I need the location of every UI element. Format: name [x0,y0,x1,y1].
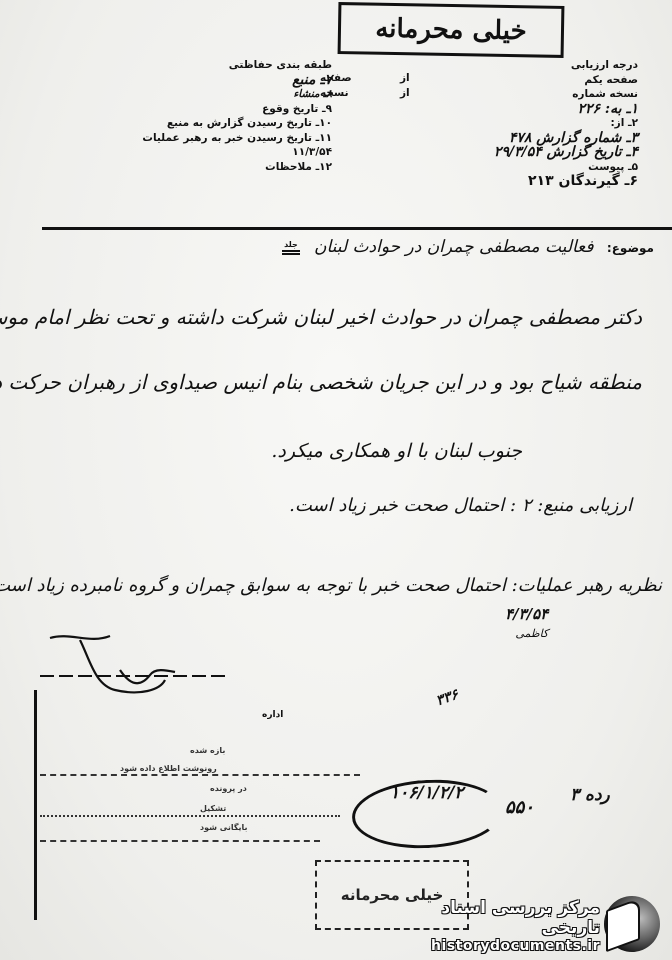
form-field: تشکیل [200,804,226,813]
header-field: درجه ارزیابی [438,58,638,73]
header-field: ۱ـ به: ۲۲۶ [438,102,638,117]
document-page: خیلی محرمانه درجه ارزیابی صفحه یکم نسخه … [0,0,672,960]
header-field: ۱۲ـ ملاحظات [102,160,332,175]
watermark: مرکز بررسی اسناد تاریخی historydocuments… [382,898,600,954]
signature-block: ۴/۳/۵۴ کاظمی [505,605,548,640]
header-field: طبقه بندی حفاظتی [102,58,332,73]
form-left-border [34,690,37,920]
watermark-url: historydocuments.ir [382,938,600,954]
section-mark-text: جلد [282,240,300,249]
watermark-org-name: مرکز بررسی اسناد تاریخی [382,898,600,938]
idara-label: اداره [262,710,283,720]
signature-date: ۴/۳/۵۴ [505,605,548,623]
signature-name: کاظمی [505,627,548,640]
header-field: ۵ـ پیوست [438,160,638,175]
body-line: منطقه شیاح بود و در این جریان شخصی بنام … [30,370,642,394]
header-field: ۷ـ منبع [102,73,332,88]
routing-reference: ۱۰۶/۱/۲/۲ [390,783,463,803]
form-field: بازه شده [190,746,225,755]
header-field: ۱۰ـ تاریخ رسیدن گزارش به منبع [102,116,332,131]
subject-text: فعالیت مصطفی چمران در حوادث لبنان [314,237,594,257]
header-field: ۶ـ گیرندگان ۲۱۳ [438,174,638,189]
header-field: ۱۱ـ تاریخ رسیدن خبر به رهبر عملیات ۱۱/۳/… [102,131,332,160]
header-right-block: درجه ارزیابی صفحه یکم نسخه شماره ۱ـ به: … [438,58,638,189]
page-of-label: از [400,72,410,84]
form-field: رونوشت اطلاع داده شود [120,764,217,773]
header-field: صفحه یکم [438,73,638,88]
header-field: ۴ـ تاریخ گزارش ۲۹/۳/۵۴ [438,145,638,160]
header-field: ۳ـ شماره گزارش ۴۷۸ [438,131,638,146]
section-mark: جلد [282,240,300,256]
handwritten-note: رده ۳ [570,785,610,805]
form-field: در پرونده [210,784,247,793]
header-field: نسخه شماره [438,87,638,102]
handwritten-number: ۳۳۶ [434,687,461,710]
header-field: ۲ـ از: [438,116,638,131]
header-divider [42,227,672,230]
form-field: بایگانی شود [200,823,248,832]
note-line: نظریه رهبر عملیات: احتمال صحت خبر با توج… [30,575,662,596]
subject-label: موضوع: [607,241,654,255]
body-line: جنوب لبنان با او همکاری میکرد. [260,440,522,462]
signature-scrawl-icon [40,630,240,700]
classification-stamp: خیلی محرمانه [338,2,565,58]
copy-of-label: از [400,87,410,99]
handwritten-number: ۵۵۰ [505,797,534,818]
header-field: ۹ـ تاریخ وقوع [102,102,332,117]
evaluation-line: ارزیابی منبع: ۲ : احتمال صحت خبر زیاد اس… [300,495,632,516]
body-line: دکتر مصطفی چمران در حوادث اخیر لبنان شرک… [40,305,642,329]
header-field: ۸ـ منشاء [102,87,332,102]
header-left-block: طبقه بندی حفاظتی ۷ـ منبع ۸ـ منشاء ۹ـ تار… [102,58,332,174]
